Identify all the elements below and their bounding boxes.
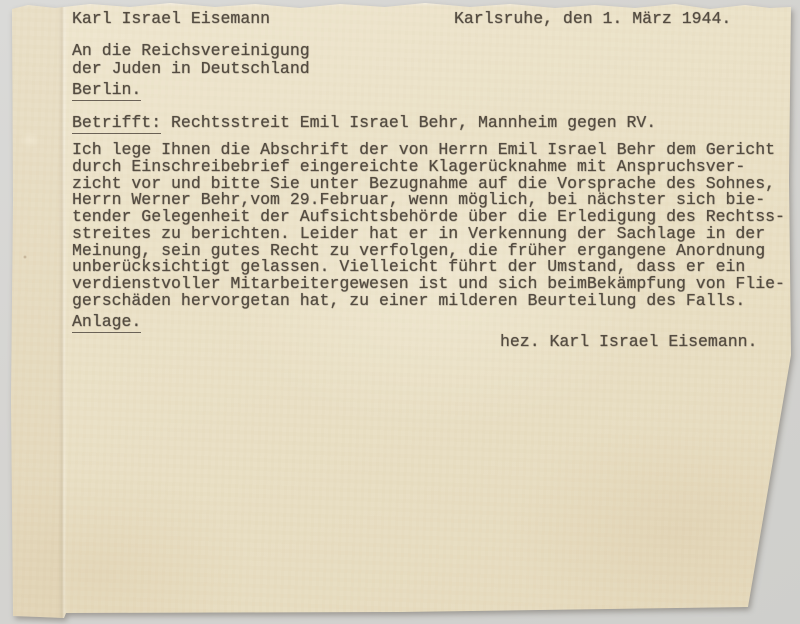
recipient-line-2: der Juden in Deutschland xyxy=(72,61,310,78)
city-line: Berlin. xyxy=(72,82,141,101)
paper-sheet: Karl Israel Eisemann Karlsruhe, den 1. M… xyxy=(0,0,800,624)
recipient-line-1: An die Reichsvereinigung xyxy=(72,43,310,60)
letter-dateline: Karlsruhe, den 1. März 1944. xyxy=(454,11,731,28)
letter-page: Karl Israel Eisemann Karlsruhe, den 1. M… xyxy=(0,0,800,624)
city-underlined-text: Berlin. xyxy=(72,82,141,101)
letter-sender: Karl Israel Eisemann xyxy=(72,11,270,28)
body-line: gerschäden hervorgetan hat, zu einer mil… xyxy=(72,293,745,310)
subject-label: Betrifft: xyxy=(72,115,161,134)
subject-line: Betrifft: Rechtsstreit Emil Israel Behr,… xyxy=(72,115,656,134)
subject-text: Rechtsstreit Emil Israel Behr, Mannheim … xyxy=(161,113,656,132)
scan-background: Karl Israel Eisemann Karlsruhe, den 1. M… xyxy=(0,0,800,624)
signature-line: hez. Karl Israel Eisemann. xyxy=(500,334,757,351)
enclosure-note: Anlage. xyxy=(72,314,141,333)
enclosure-underlined-text: Anlage. xyxy=(72,314,141,333)
